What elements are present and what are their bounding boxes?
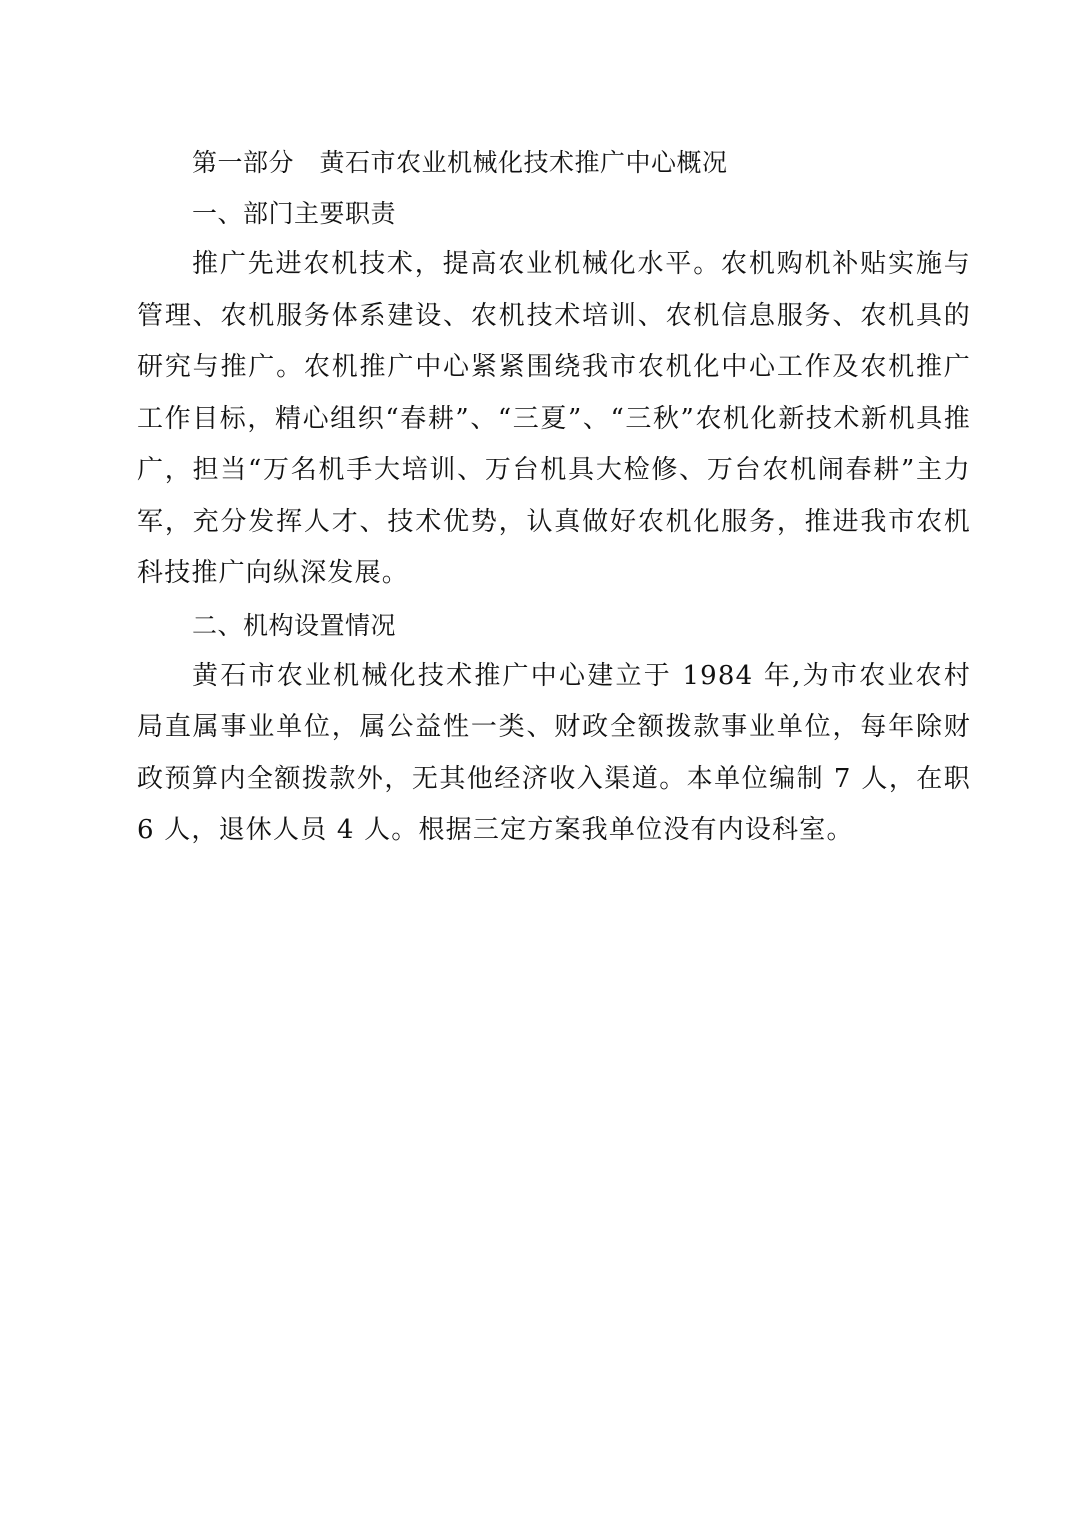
section-organization: 二、机构设置情况 黄石市农业机械化技术推广中心建立于 1984 年,为市农业农村… bbox=[137, 600, 971, 857]
section-duties: 一、部门主要职责 推广先进农机技术，提高农业机械化水平。农机购机补贴实施与管理、… bbox=[137, 188, 971, 600]
document-page: 第一部分 黄石市农业机械化技术推广中心概况 一、部门主要职责 推广先进农机技术，… bbox=[137, 137, 971, 857]
section-paragraph: 推广先进农机技术，提高农业机械化水平。农机购机补贴实施与管理、农机服务体系建设、… bbox=[137, 239, 971, 600]
part-title: 第一部分 黄石市农业机械化技术推广中心概况 bbox=[137, 137, 971, 188]
section-heading: 一、部门主要职责 bbox=[137, 188, 971, 239]
section-paragraph: 黄石市农业机械化技术推广中心建立于 1984 年,为市农业农村局直属事业单位，属… bbox=[137, 651, 971, 857]
section-heading: 二、机构设置情况 bbox=[137, 600, 971, 651]
